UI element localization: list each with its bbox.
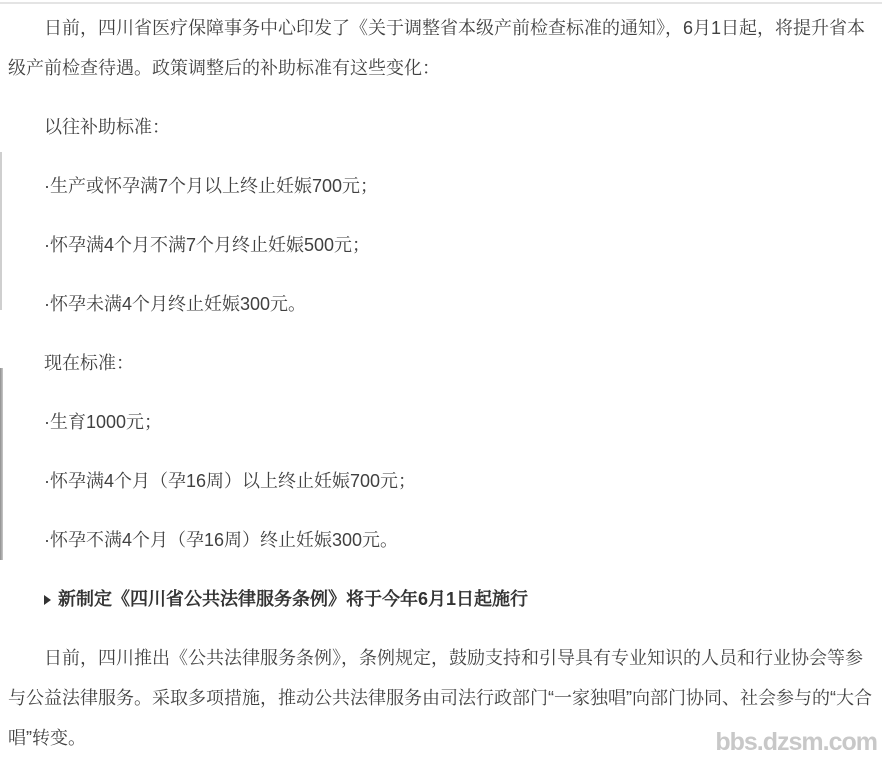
new-standard-item: ·怀孕不满4个月（孕16周）终止妊娠300元。 [8,520,874,560]
top-border-line [0,2,882,4]
old-standard-item: ·生产或怀孕满7个月以上终止妊娠700元； [8,166,874,206]
new-standard-item: ·生育1000元； [8,402,874,442]
section-heading-text: 新制定《四川省公共法律服务条例》将于今年6月1日起施行 [58,589,528,609]
old-standard-heading: 以往补助标准： [8,107,874,147]
new-standard-heading: 现在标准： [8,343,874,383]
left-edge-artifact-dark [0,368,3,560]
right-triangle-icon [44,595,51,605]
section-heading: 新制定《四川省公共法律服务条例》将于今年6月1日起施行 [8,579,874,619]
paragraph-intro: 日前，四川省医疗保障事务中心印发了《关于调整省本级产前检查标准的通知》，6月1日… [8,8,874,88]
new-standard-item: ·怀孕满4个月（孕16周）以上终止妊娠700元； [8,461,874,501]
old-standard-item: ·怀孕未满4个月终止妊娠300元。 [8,284,874,324]
article-body: 日前，四川省医疗保障事务中心印发了《关于调整省本级产前检查标准的通知》，6月1日… [0,0,882,758]
watermark: bbs.dzsm.com [715,728,877,757]
old-standard-item: ·怀孕满4个月不满7个月终止妊娠500元； [8,225,874,265]
left-edge-artifact-light [0,152,2,310]
